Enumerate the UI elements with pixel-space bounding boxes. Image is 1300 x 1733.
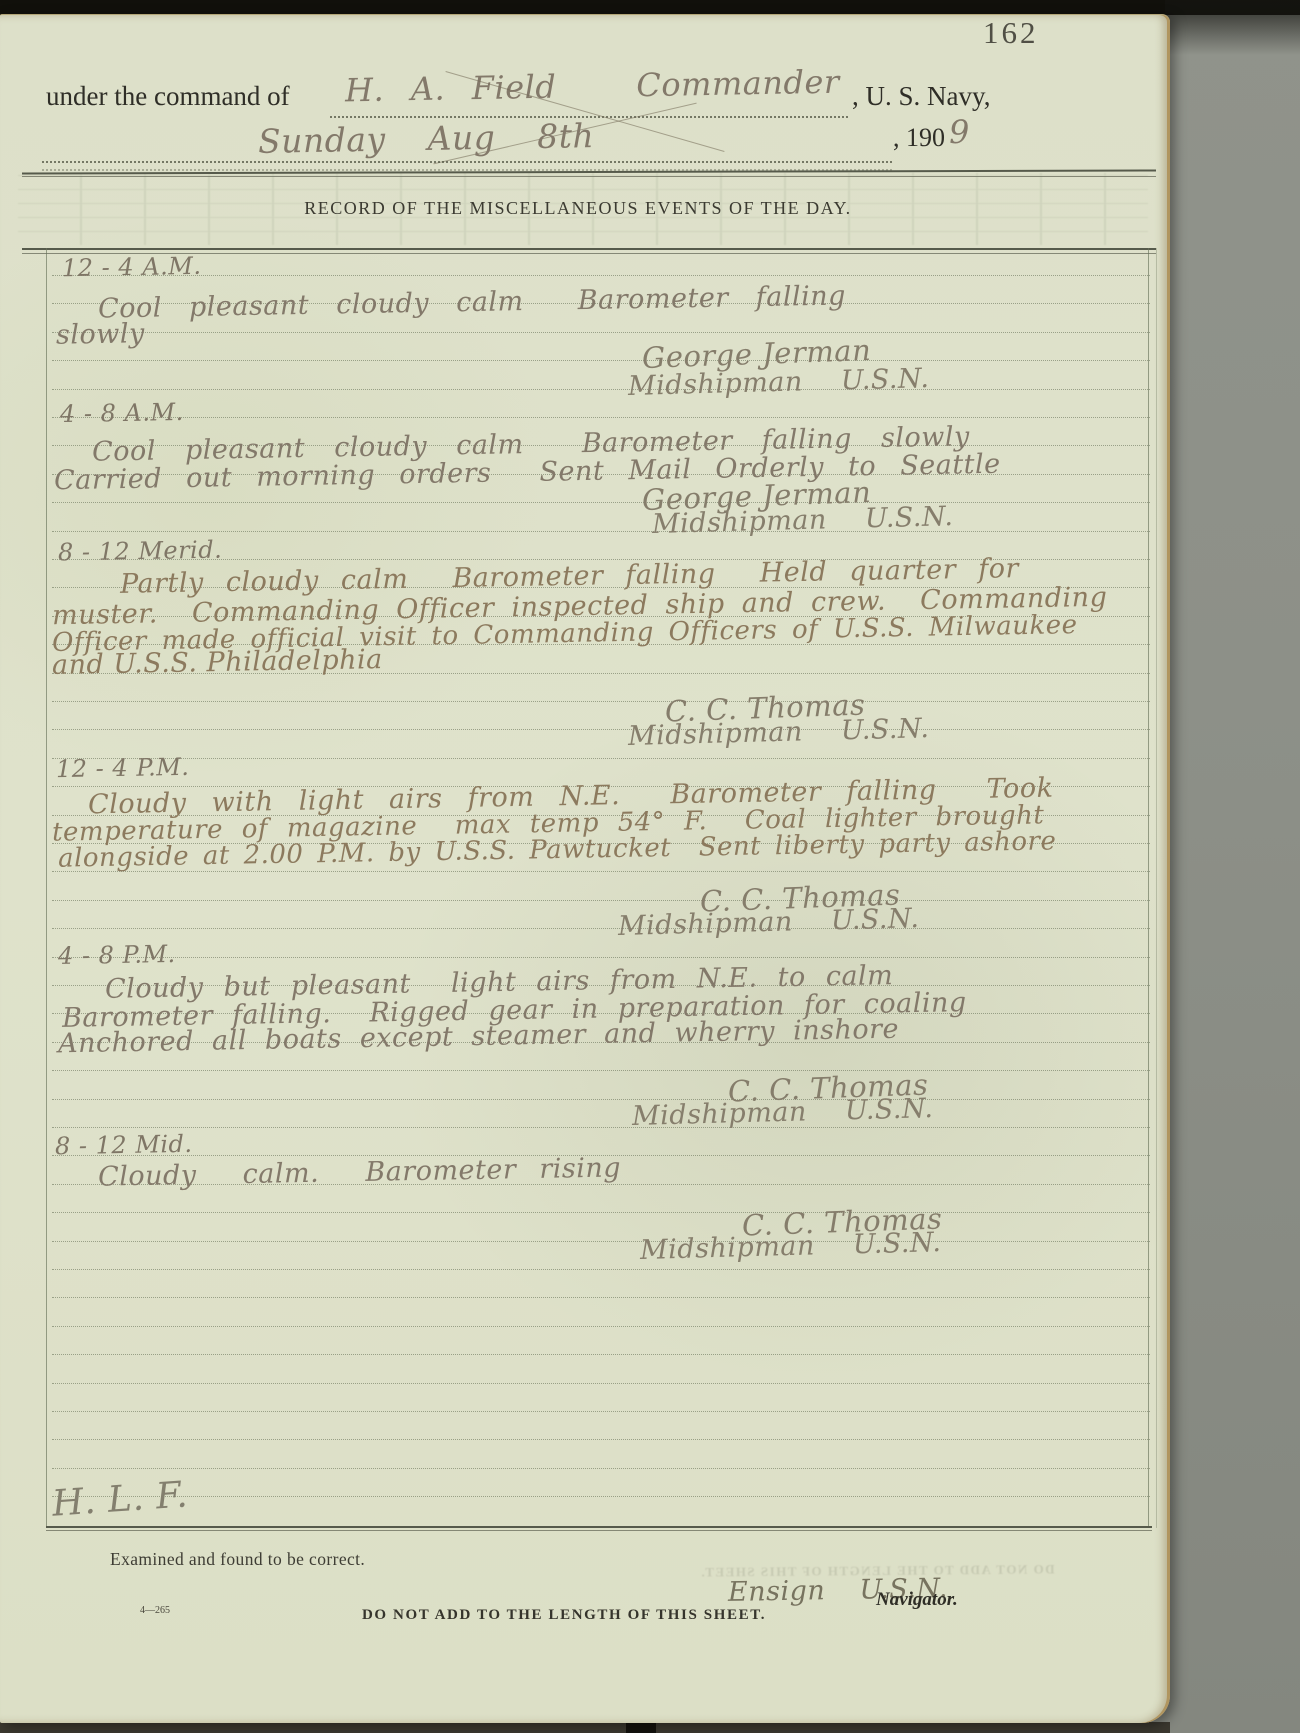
entry-signature-title: Midshipman U.S.N. [632,1093,934,1132]
logbook-page: 162 under the command of H. A. Field Com… [0,14,1170,1723]
entry-signature-title: Midshipman U.S.N. [628,363,930,402]
photo-shadow-top-right [1165,0,1300,55]
log-entries: 12 - 4 A.M. Cool pleasant cloudy calm Ba… [0,15,1170,1723]
entry-signature-title: Midshipman U.S.N. [652,501,954,540]
entry-signature-title: Midshipman U.S.N. [618,903,920,942]
form-number: 4—265 [140,1605,170,1616]
watch-label: 8 - 12 Merid. [58,536,223,567]
watch-label: 8 - 12 Mid. [55,1130,193,1160]
photo-dark-border-bottom [0,1722,1170,1733]
watch-label: 4 - 8 A.M. [60,398,184,428]
entry-line: and U.S.S. Philadelphia [52,644,383,681]
entry-line: Cloudy calm. Barometer rising [98,1152,622,1192]
scanned-logbook-photo: { "colors": { "paper": "#dfe2cb", "backd… [0,0,1300,1733]
watch-label: 12 - 4 A.M. [62,252,202,282]
examined-note: Examined and found to be correct. [110,1549,365,1570]
navigator-label: Navigator. [876,1589,958,1611]
watch-label: 4 - 8 P.M. [58,940,176,970]
length-warning: DO NOT ADD TO THE LENGTH OF THIS SHEET. [362,1607,766,1624]
entry-line: Cool pleasant cloudy calm Barometer fall… [98,280,846,324]
entry-signature-title: Midshipman U.S.N. [640,1227,942,1266]
photo-black-border-top [0,0,1300,15]
entry-signature-title: Midshipman U.S.N. [628,713,930,752]
watch-label: 12 - 4 P.M. [56,753,190,783]
entry-line: slowly [56,318,145,351]
